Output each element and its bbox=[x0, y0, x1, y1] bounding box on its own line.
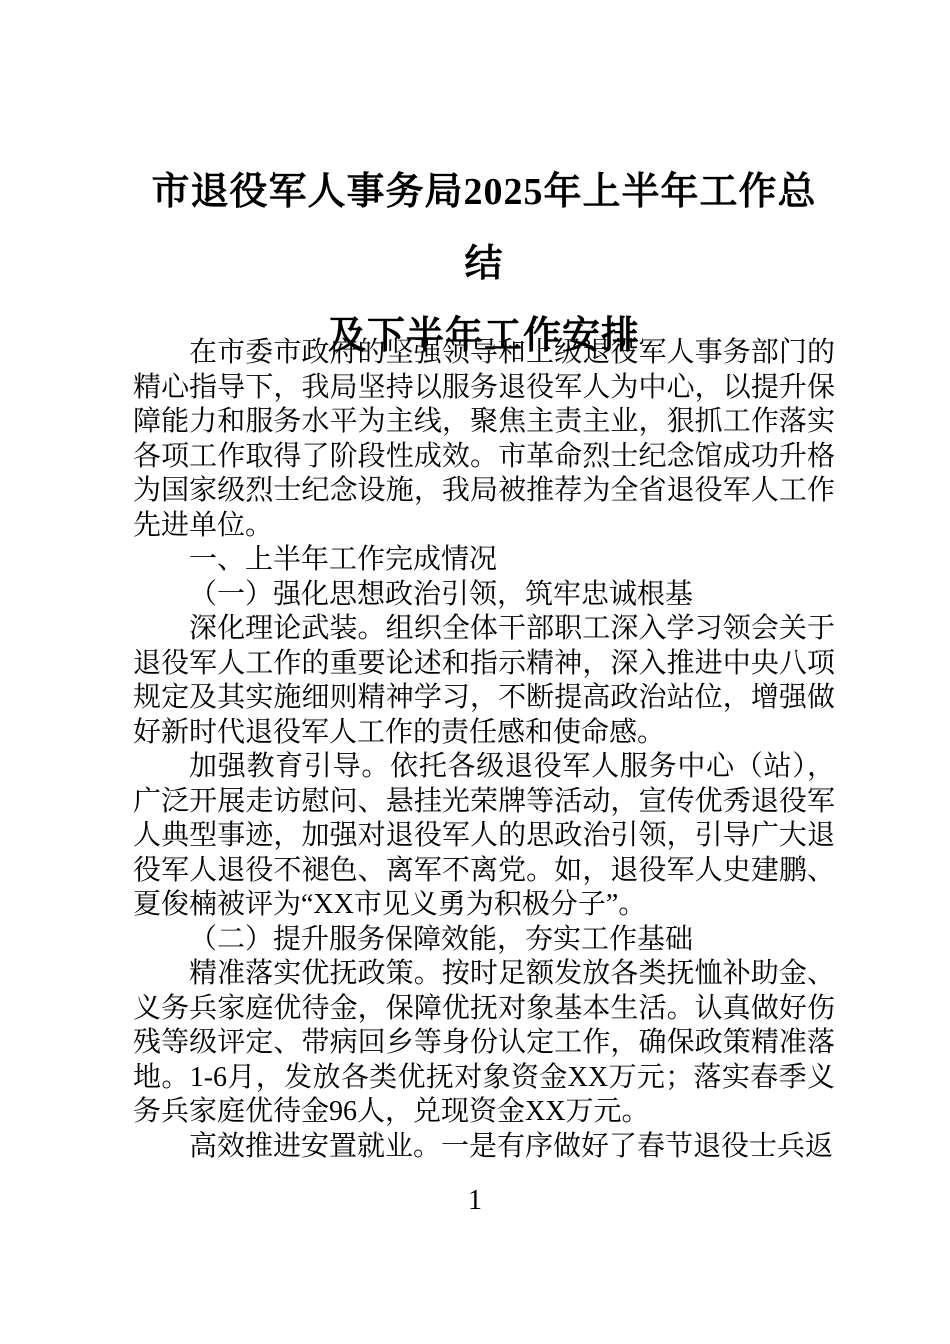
heading-level-2: （二）提升服务保障效能，夯实工作基础 bbox=[133, 923, 835, 958]
paragraph: 深化理论武装。组织全体干部职工深入学习领会关于退役军人工作的重要论述和指示精神，… bbox=[133, 612, 835, 750]
paragraph: 加强教育引导。依托各级退役军人服务中心（站），广泛开展走访慰问、悬挂光荣牌等活动… bbox=[133, 750, 835, 923]
document-page: 市退役军人事务局2025年上半年工作总结 及下半年工作安排 在市委市政府的坚强领… bbox=[0, 0, 950, 1344]
heading-level-1: 一、上半年工作完成情况 bbox=[133, 543, 835, 578]
paragraph: 在市委市政府的坚强领导和上级退役军人事务部门的精心指导下，我局坚持以服务退役军人… bbox=[133, 336, 835, 543]
paragraph: 精准落实优抚政策。按时足额发放各类抚恤补助金、义务兵家庭优待金，保障优抚对象基本… bbox=[133, 957, 835, 1130]
document-title-line-1: 市退役军人事务局2025年上半年工作总结 bbox=[133, 156, 835, 300]
document-body: 在市委市政府的坚强领导和上级退役军人事务部门的精心指导下，我局坚持以服务退役军人… bbox=[133, 336, 835, 1164]
page-number: 1 bbox=[0, 1186, 950, 1216]
paragraph: 高效推进安置就业。一是有序做好了春节退役士兵返 bbox=[133, 1130, 835, 1165]
heading-level-2: （一）强化思想政治引领，筑牢忠诚根基 bbox=[133, 578, 835, 613]
